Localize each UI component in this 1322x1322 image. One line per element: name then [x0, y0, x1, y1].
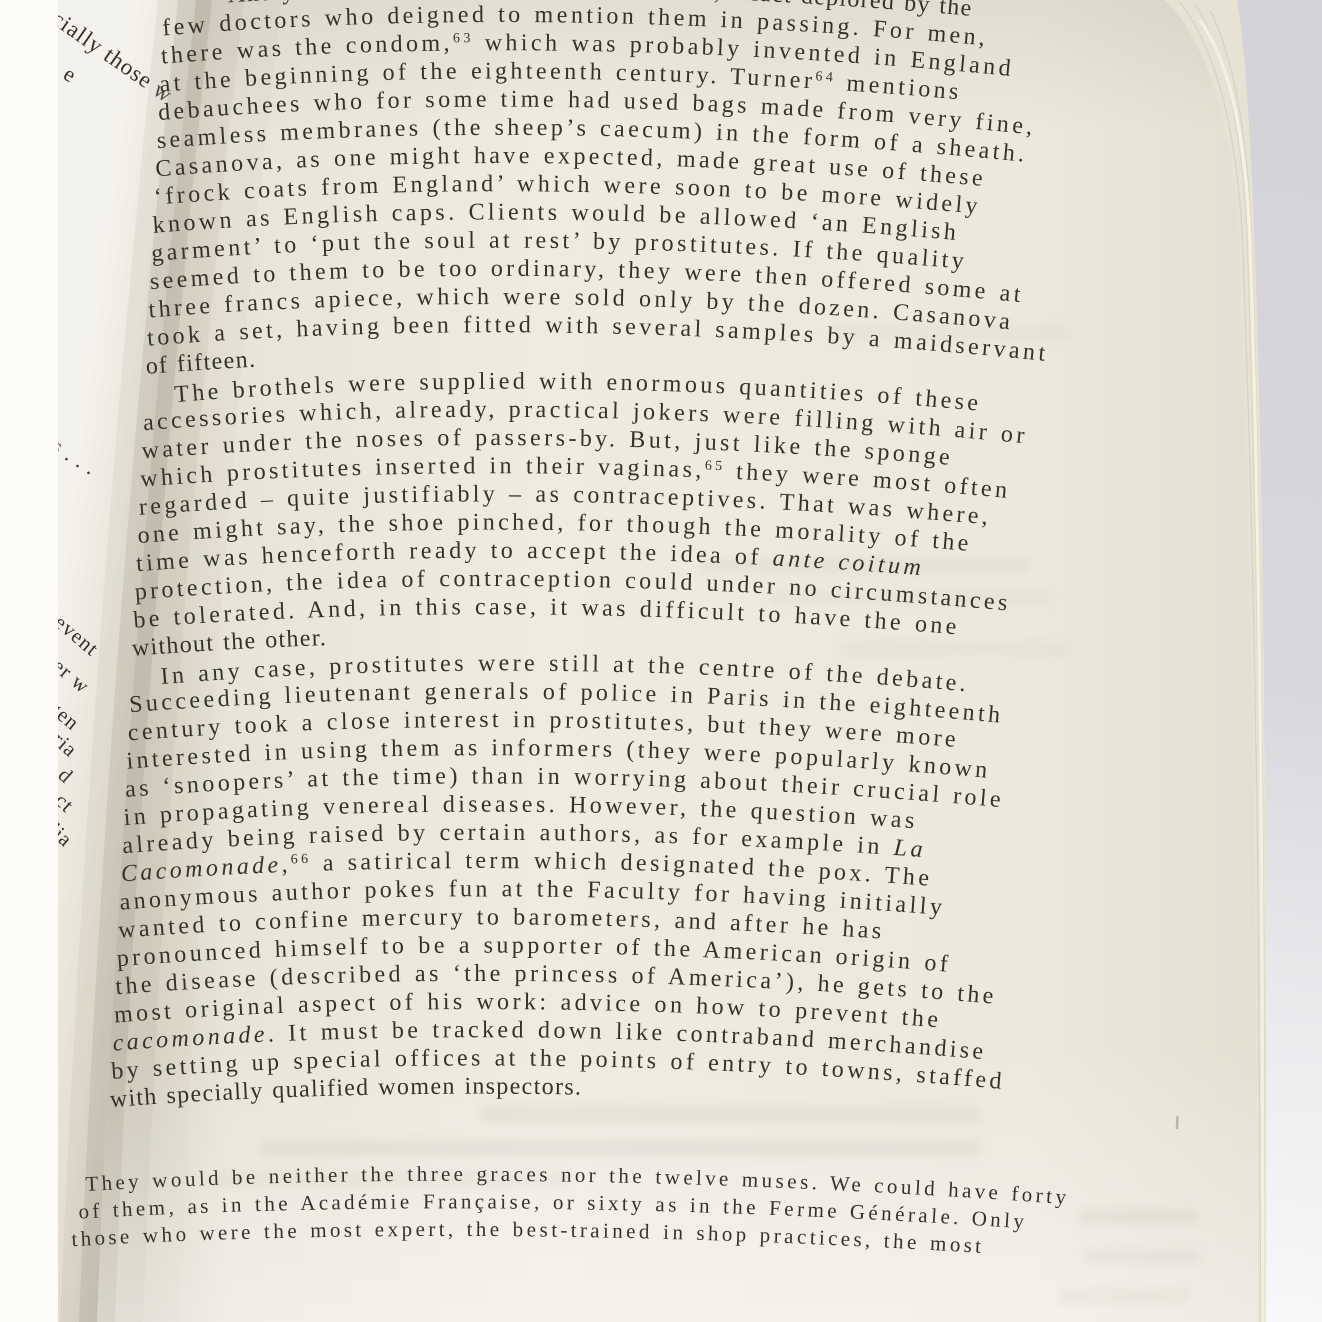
background-left-strip [0, 0, 58, 1322]
book-photo: cially those wes . . .preventinter win g… [0, 0, 1322, 1322]
